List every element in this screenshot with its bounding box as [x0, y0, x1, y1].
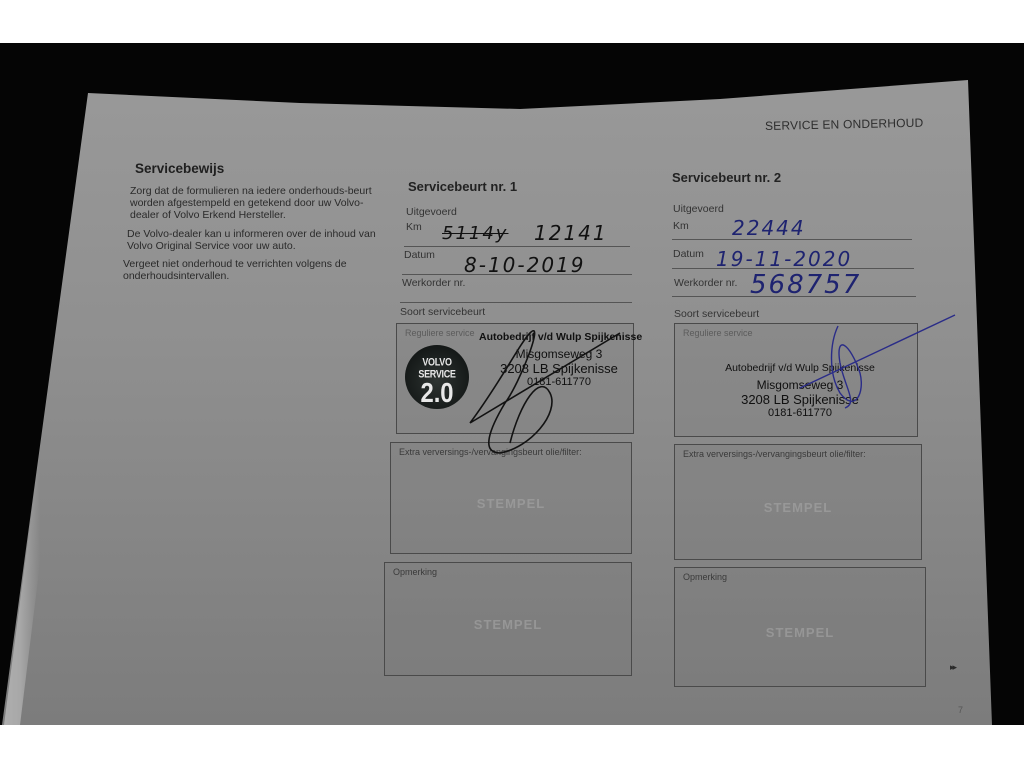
regular-service-box: Reguliere service VOLVO SERVICE 2.0 Auto… — [396, 323, 634, 434]
km-label: Km — [673, 220, 689, 232]
stamp-city: 3208 LB Spijkenisse — [479, 361, 639, 376]
km-crossed-out: 5114y — [442, 223, 508, 244]
stamp-street: Misgomseweg 3 — [479, 347, 639, 361]
stempel-watermark: STEMPEL — [675, 625, 925, 640]
uitgevoerd-label: Uitgevoerd — [406, 206, 457, 218]
volvo-service-badge: VOLVO SERVICE 2.0 — [405, 345, 469, 409]
stempel-watermark: STEMPEL — [675, 500, 921, 515]
extra-service-label: Extra verversings-/vervangingsbeurt olie… — [399, 447, 582, 457]
datum-line — [672, 268, 914, 269]
werkorder-label: Werkorder nr. — [674, 277, 737, 289]
km-line — [672, 239, 912, 240]
stamp-street: Misgomseweg 3 — [705, 378, 895, 392]
continue-marker: ▸▸ — [950, 662, 955, 673]
extra-service-label: Extra verversings-/vervangingsbeurt olie… — [683, 449, 866, 459]
stamp-name: Autobedrijf v/d Wulp Spijkenisse — [479, 331, 639, 343]
stempel-watermark: STEMPEL — [391, 496, 631, 511]
soort-label: Soort servicebeurt — [400, 306, 485, 318]
regular-service-box: Reguliere service Autobedrijf v/d Wulp S… — [674, 323, 918, 437]
stempel-watermark: STEMPEL — [385, 617, 631, 632]
extra-service-box: Extra verversings-/vervangingsbeurt olie… — [390, 442, 632, 554]
datum-label: Datum — [673, 248, 704, 260]
km-value: 22444 — [732, 216, 806, 240]
uitgevoerd-label: Uitgevoerd — [673, 203, 724, 215]
remark-label: Opmerking — [683, 572, 727, 582]
remark-label: Opmerking — [393, 567, 437, 577]
dealer-stamp: Autobedrijf v/d Wulp Spijkenisse Misgoms… — [705, 362, 895, 419]
remark-box: Opmerking STEMPEL — [384, 562, 632, 676]
stamp-phone: 0181-611770 — [705, 407, 895, 419]
page-number: 7 — [958, 705, 963, 715]
stamp-name: Autobedrijf v/d Wulp Spijkenisse — [705, 362, 895, 374]
regular-service-label: Reguliere service — [405, 328, 475, 338]
dealer-stamp: Autobedrijf v/d Wulp Spijkenisse Misgoms… — [479, 331, 639, 388]
extra-service-box: Extra verversings-/vervangingsbeurt olie… — [674, 444, 922, 560]
remark-box: Opmerking STEMPEL — [674, 567, 926, 687]
intro-paragraph: De Volvo-dealer kan u informeren over de… — [120, 228, 380, 252]
stamp-phone: 0181-611770 — [479, 376, 639, 388]
badge-line2: 2.0 — [410, 379, 464, 407]
werkorder-line — [672, 296, 916, 297]
km-value: 12141 — [534, 221, 608, 245]
stamp-city: 3208 LB Spijkenisse — [705, 392, 895, 407]
intro-title: Servicebewijs — [135, 161, 224, 176]
service-title: Servicebeurt nr. 2 — [672, 170, 781, 185]
datum-label: Datum — [404, 249, 435, 261]
datum-line — [402, 274, 632, 275]
werkorder-label: Werkorder nr. — [402, 277, 465, 289]
intro-paragraph: Vergeet niet onderhoud te verrichten vol… — [120, 258, 380, 282]
intro-paragraph: Zorg dat de formulieren na iedere onderh… — [120, 185, 380, 222]
werkorder-line — [400, 302, 632, 303]
intro-text: Zorg dat de formulieren na iedere onderh… — [120, 185, 380, 288]
photo-background: SERVICE EN ONDERHOUD Servicebewijs Zorg … — [0, 43, 1024, 725]
regular-service-label: Reguliere service — [683, 328, 753, 338]
km-line — [404, 246, 630, 247]
service-title: Servicebeurt nr. 1 — [408, 179, 517, 194]
soort-label: Soort servicebeurt — [674, 308, 759, 320]
km-label: Km — [406, 221, 422, 233]
